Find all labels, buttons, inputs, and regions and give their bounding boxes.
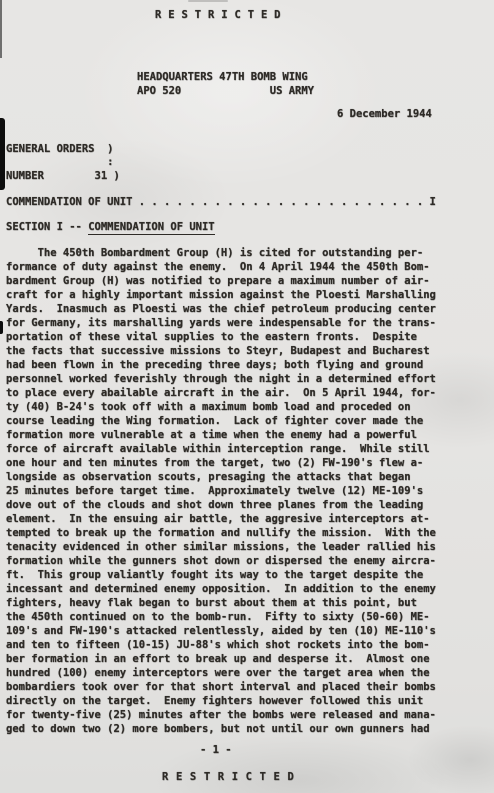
section-heading: SECTION I -- COMMENDATION OF UNIT: [6, 220, 215, 234]
scan-edge-artifact: [0, 118, 5, 190]
scan-edge-artifact: [188, 0, 228, 2]
page-number: - 1 -: [200, 743, 232, 757]
scan-edge-artifact: [0, 321, 3, 334]
section-heading-title: COMMENDATION OF UNIT: [88, 221, 214, 235]
section-heading-prefix: SECTION I --: [6, 221, 88, 233]
toc-commendation-line: COMMENDATION OF UNIT . . . . . . . . . .…: [6, 195, 436, 209]
document-page: R E S T R I C T E D HEADQUARTERS 47TH BO…: [0, 0, 494, 793]
letterhead-unit: HEADQUARTERS 47TH BOMB WING: [137, 70, 308, 84]
scan-edge-artifact: [0, 0, 2, 58]
orders-colon: :: [6, 155, 113, 169]
general-orders-line: GENERAL ORDERS ): [6, 142, 113, 156]
classification-banner-top: R E S T R I C T E D: [155, 8, 281, 22]
classification-banner-bottom: R E S T R I C T E D: [162, 770, 294, 784]
order-number-line: NUMBER 31 ): [6, 169, 120, 183]
letterhead-apo-army: APO 520 US ARMY: [137, 84, 314, 98]
body-paragraph: The 450th Bombardment Group (H) is cited…: [6, 246, 440, 736]
date-line: 6 December 1944: [337, 107, 432, 121]
